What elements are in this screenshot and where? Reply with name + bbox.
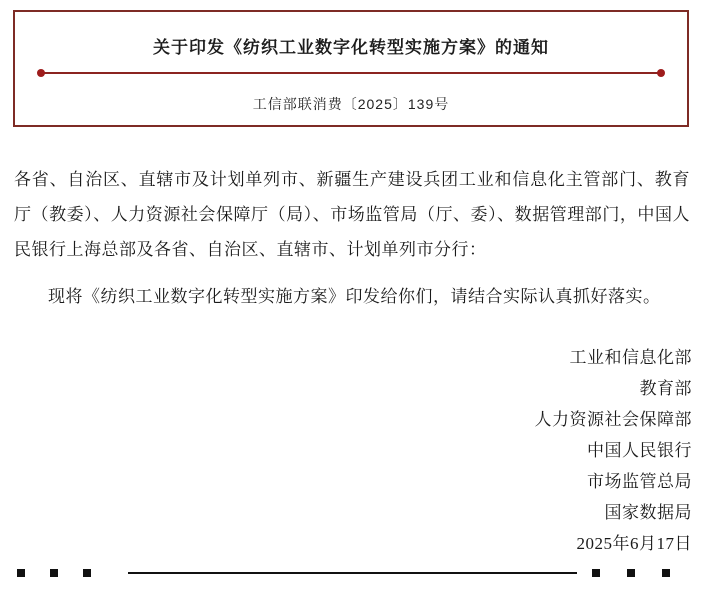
document-title: 关于印发《纺织工业数字化转型实施方案》的通知 <box>15 33 687 58</box>
divider-dot-left <box>37 69 45 77</box>
signature-line: 国家数据局 <box>535 497 693 528</box>
recipients-paragraph: 各省、自治区、直辖市及计划单列市、新疆生产建设兵团工业和信息化主管部门、教育厅（… <box>14 162 690 267</box>
signature-line: 人力资源社会保障部 <box>535 404 693 435</box>
divider-square <box>17 569 25 577</box>
divider-square <box>592 569 600 577</box>
document-number: 工信部联消费〔2025〕139号 <box>15 94 687 114</box>
divider-square <box>627 569 635 577</box>
bottom-divider-line <box>128 572 577 574</box>
signature-block: 工业和信息化部 教育部 人力资源社会保障部 中国人民银行 市场监管总局 国家数据… <box>535 342 693 559</box>
signature-line: 教育部 <box>535 373 693 404</box>
divider-square <box>83 569 91 577</box>
signature-line: 中国人民银行 <box>535 435 693 466</box>
document-body: 各省、自治区、直辖市及计划单列市、新疆生产建设兵团工业和信息化主管部门、教育厅（… <box>14 162 690 314</box>
divider-square <box>662 569 670 577</box>
document-page: 关于印发《纺织工业数字化转型实施方案》的通知 工信部联消费〔2025〕139号 … <box>0 0 702 591</box>
divider-dot-right <box>657 69 665 77</box>
signature-line: 市场监管总局 <box>535 466 693 497</box>
body-paragraph: 现将《纺织工业数字化转型实施方案》印发给你们，请结合实际认真抓好落实。 <box>14 279 690 314</box>
document-date: 2025年6月17日 <box>535 528 693 559</box>
header-divider-line <box>39 72 663 74</box>
document-header-box: 关于印发《纺织工业数字化转型实施方案》的通知 工信部联消费〔2025〕139号 <box>13 10 689 127</box>
divider-square <box>50 569 58 577</box>
signature-line: 工业和信息化部 <box>535 342 693 373</box>
